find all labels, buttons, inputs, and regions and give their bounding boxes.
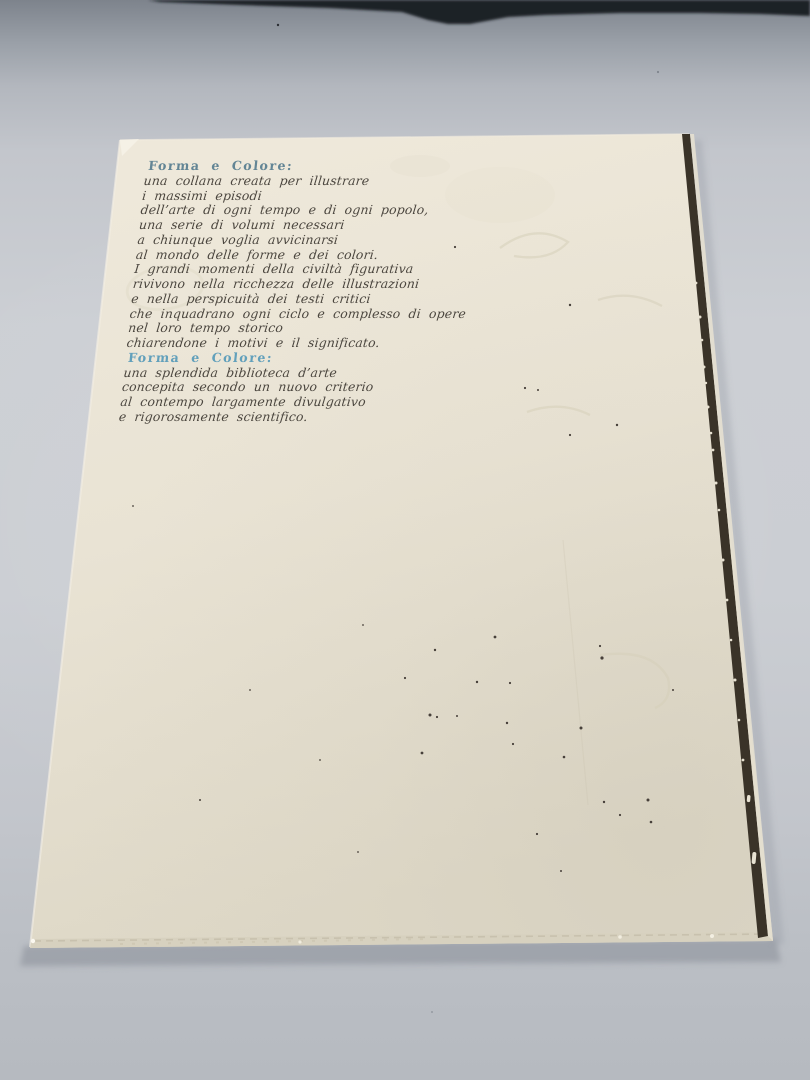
text-line: che inquadrano ogni ciclo e complesso di… [129,307,467,322]
text-line: a chiunque voglia avvicinarsi [137,233,475,248]
text-line: rivivono nella ricchezza delle illustraz… [132,277,470,292]
series-title: Forma e Colore: [144,159,482,174]
text-line: chiarendone i motivi e il significato. [126,336,464,351]
text-line: una serie di volumi necessari [138,218,476,233]
text-line: nel loro tempo storico [127,321,465,336]
text-line: I grandi momenti della civiltà figurativ… [134,262,472,277]
dark-object-top [148,0,810,24]
text-line: una splendida biblioteca d’arte [123,366,461,381]
text-line: concepita secondo un nuovo criterio [121,380,459,395]
text-line: e rigorosamente scientifico. [118,410,456,425]
text-line: i massimi episodi [141,189,479,204]
book-back-cover-text: Forma e Colore:una collana creata per il… [118,159,482,425]
text-line: al contempo largamente divulgativo [120,395,458,410]
text-line: dell’arte di ogni tempo e di ogni popolo… [140,203,478,218]
text-line: e nella perspicuità dei testi critici [130,292,468,307]
text-line: al mondo delle forme e dei colori. [135,248,473,263]
photo-backdrop: Forma e Colore:una collana creata per il… [0,0,810,1080]
text-line: una collana creata per illustrare [143,174,481,189]
series-title: Forma e Colore: [124,351,462,366]
